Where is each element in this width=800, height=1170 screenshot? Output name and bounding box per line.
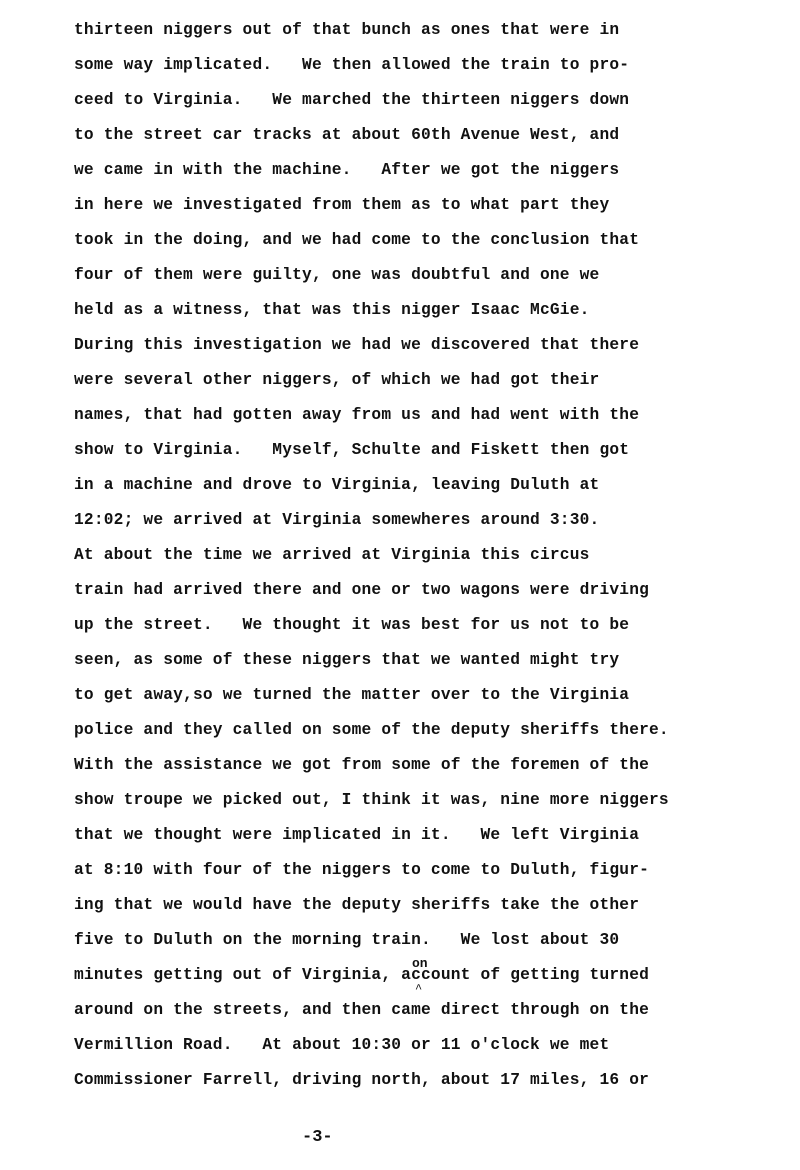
text-line: During this investigation we had we disc… bbox=[74, 335, 639, 355]
text-line: show troupe we picked out, I think it wa… bbox=[74, 790, 669, 810]
text-line: to the street car tracks at about 60th A… bbox=[74, 125, 619, 145]
text-line: we came in with the machine. After we go… bbox=[74, 160, 619, 180]
text-line: At about the time we arrived at Virginia… bbox=[74, 545, 590, 565]
text-line: at 8:10 with four of the niggers to come… bbox=[74, 860, 649, 880]
text-line: With the assistance we got from some of … bbox=[74, 755, 649, 775]
text-line: in a machine and drove to Virginia, leav… bbox=[74, 475, 599, 495]
text-line: took in the doing, and we had come to th… bbox=[74, 230, 639, 250]
interlinear-insertion: on bbox=[412, 957, 428, 971]
text-line: police and they called on some of the de… bbox=[74, 720, 669, 740]
text-line: seen, as some of these niggers that we w… bbox=[74, 650, 619, 670]
text-line: around on the streets, and then came dir… bbox=[74, 1000, 649, 1020]
text-line: Commissioner Farrell, driving north, abo… bbox=[74, 1070, 649, 1090]
text-line: five to Duluth on the morning train. We … bbox=[74, 930, 619, 950]
text-line: show to Virginia. Myself, Schulte and Fi… bbox=[74, 440, 629, 460]
text-line: Vermillion Road. At about 10:30 or 11 o'… bbox=[74, 1035, 609, 1055]
text-line: ceed to Virginia. We marched the thirtee… bbox=[74, 90, 629, 110]
text-line: that we thought were implicated in it. W… bbox=[74, 825, 639, 845]
text-line: some way implicated. We then allowed the… bbox=[74, 55, 629, 75]
page-number: -3- bbox=[302, 1128, 333, 1147]
text-line: thirteen niggers out of that bunch as on… bbox=[74, 20, 619, 40]
insertion-caret: ^ bbox=[415, 983, 422, 995]
text-line: held as a witness, that was this nigger … bbox=[74, 300, 590, 320]
text-line: ing that we would have the deputy sherif… bbox=[74, 895, 639, 915]
text-line: 12:02; we arrived at Virginia somewheres… bbox=[74, 510, 599, 530]
text-line: in here we investigated from them as to … bbox=[74, 195, 609, 215]
text-line: minutes getting out of Virginia, account… bbox=[74, 965, 649, 985]
document-page: thirteen niggers out of that bunch as on… bbox=[0, 0, 800, 1170]
text-line: four of them were guilty, one was doubtf… bbox=[74, 265, 599, 285]
text-line: to get away,so we turned the matter over… bbox=[74, 685, 629, 705]
text-line: up the street. We thought it was best fo… bbox=[74, 615, 629, 635]
text-line: train had arrived there and one or two w… bbox=[74, 580, 649, 600]
text-line: names, that had gotten away from us and … bbox=[74, 405, 639, 425]
text-line: were several other niggers, of which we … bbox=[74, 370, 599, 390]
